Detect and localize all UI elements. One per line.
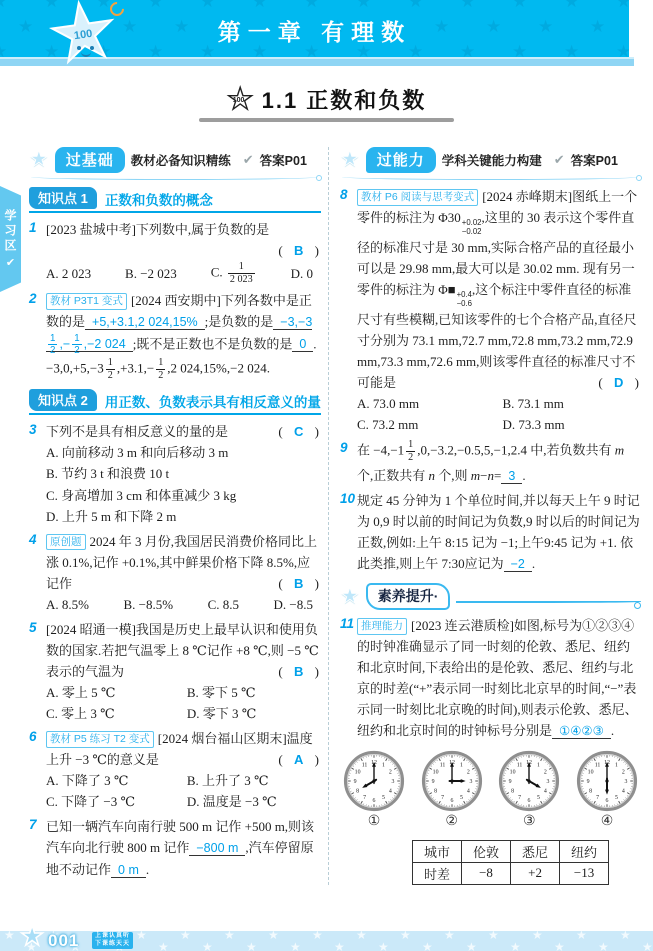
question-number: 10 <box>340 490 357 574</box>
right-column: ★ 过能力 学科关键能力构建 ✔ 答案P01 8 教材 P6 阅读与思考变式[2… <box>328 147 641 885</box>
star-pattern-glyph: ★ <box>510 941 521 951</box>
question-4: 4 原创题2024 年 3 月份,我国居民消费价格同比上涨 0.1%,记作 +0… <box>29 531 321 615</box>
source-tag: 原创题 <box>46 534 86 551</box>
knowledge-point-2: 知识点 2 用正数、负数表示具有相反意义的量 <box>29 389 321 415</box>
source-tag: 推理能力 <box>357 618 407 635</box>
svg-text:5: 5 <box>382 795 385 801</box>
table-row: 时差−8+2−13 <box>413 862 609 884</box>
clock-face: 123456789101112 <box>343 750 405 812</box>
question-text: 教材 P6 阅读与思考变式[2024 赤峰期末]图纸上一个零件的标注为 Φ30+… <box>357 186 641 393</box>
fraction: 12 <box>156 357 165 382</box>
question-text: [2024 昭通一模]我国是历史上最早认识和使用负数的国家.若把气温零上 8 ℃… <box>46 619 321 682</box>
star-pattern-glyph: ★ <box>532 931 543 941</box>
star-pattern-glyph: ★ <box>460 0 475 11</box>
section-title-block: ★100 1.1 正数和负数 <box>0 84 653 122</box>
question-text: 规定 45 分钟为 1 个单位时间,并以每天上午 9 时记为 0,9 时以前的时… <box>357 490 641 574</box>
star-pattern-glyph: ★ <box>356 0 371 11</box>
option: C. 下降了 −3 ℃ <box>46 791 187 812</box>
question-number: 9 <box>340 439 357 486</box>
answer-bracket: ( D ) <box>598 372 641 393</box>
star-pattern-glyph: ★ <box>4 931 15 941</box>
question-text: 教材 P5 练习 T2 变式[2024 烟台福山区期末]温度上升 −3 ℃的意义… <box>46 728 321 770</box>
decorative-line <box>456 601 641 603</box>
star-mascot-icon: ★ <box>340 586 360 608</box>
decorative-line <box>342 174 639 180</box>
star-pattern-glyph: ★ <box>290 941 301 951</box>
knowledge-point-1: 知识点 1 正数和负数的概念 <box>29 187 321 213</box>
clocks-figure: 123456789101112①123456789101112②12345678… <box>342 750 639 830</box>
section-star-icon: ★100 <box>227 85 254 115</box>
svg-text:8: 8 <box>434 788 437 794</box>
literacy-boost-header: ★ 素养提升· <box>340 583 641 610</box>
star-pattern-glyph: ★ <box>246 941 257 951</box>
table-cell: +2 <box>511 862 560 884</box>
option: A. 零上 5 ℃ <box>46 682 187 703</box>
question-options: A. 8.5%B. −8.5%C. 8.5D. −8.5 <box>46 594 321 615</box>
answer-blank: ①④②③ <box>552 724 611 739</box>
svg-text:3: 3 <box>469 779 472 785</box>
table-cell: −13 <box>560 862 609 884</box>
question-text: 教材 P3T1 变式[2024 西安期中]下列各数中是正数的是+5,+3.1,2… <box>46 290 321 357</box>
table-row: 城市伦敦悉尼纽约 <box>413 840 609 862</box>
svg-text:2: 2 <box>544 769 547 775</box>
star-pattern-glyph: ★ <box>304 0 319 11</box>
svg-text:8: 8 <box>356 788 359 794</box>
svg-text:9: 9 <box>431 779 434 785</box>
option: A. 2 023 <box>46 263 91 284</box>
svg-text:10: 10 <box>355 769 361 775</box>
svg-text:2: 2 <box>467 769 470 775</box>
svg-text:11: 11 <box>517 762 523 768</box>
side-tab-check-icon: ✔ <box>6 256 15 269</box>
svg-text:11: 11 <box>595 762 601 768</box>
star-pattern-glyph: ★ <box>0 0 7 11</box>
svg-text:8: 8 <box>589 788 592 794</box>
question-number: 1 <box>29 219 46 286</box>
question-8: 8 教材 P6 阅读与思考变式[2024 赤峰期末]图纸上一个零件的标注为 Φ3… <box>340 186 641 435</box>
question-9: 9 在 −4,−112,0,−3.2,−0.5,5,−1,2.4 中,若负数共有… <box>340 439 641 486</box>
footer-slogan-line1: 上课认真听 <box>95 933 130 941</box>
question-7: 7 已知一辆汽车向南行驶 500 m 记作 +500 m,则该汽车向北行驶 80… <box>29 816 321 880</box>
star-pattern-glyph: ★ <box>356 931 367 941</box>
star-pattern-glyph: ★ <box>136 931 147 941</box>
option: B. 73.1 mm <box>502 393 641 414</box>
option: A. 下降了 3 ℃ <box>46 770 187 791</box>
star-pattern-glyph: ★ <box>200 0 215 11</box>
option: B. 上升了 3 ℃ <box>187 770 321 791</box>
option: C. 身高增加 3 cm 和体重减少 3 kg <box>46 485 321 506</box>
check-icon: ✔ <box>243 153 254 168</box>
svg-text:6: 6 <box>450 797 453 803</box>
question-11: 11 推理能力[2023 连云港质检]如图,标号为①②③④的时钟准确显示了同一时… <box>340 615 641 741</box>
svg-text:1: 1 <box>460 762 463 768</box>
answer-bracket: ( B ) <box>46 240 321 261</box>
answer-blank: 3 <box>501 469 522 484</box>
answer-ref: 答案P01 <box>260 151 307 169</box>
svg-text:4: 4 <box>467 788 470 794</box>
timezone-table: 城市伦敦悉尼纽约时差−8+2−13 <box>412 840 609 885</box>
source-tag: 教材 P6 阅读与思考变式 <box>357 189 478 206</box>
option: C. 零上 3 ℃ <box>46 703 187 724</box>
check-icon: ✔ <box>554 153 565 168</box>
fraction: 12 <box>406 439 415 464</box>
option: A. 向前移动 3 m 和向后移动 3 m <box>46 442 321 463</box>
svg-text:6: 6 <box>606 797 609 803</box>
svg-text:7: 7 <box>363 795 366 801</box>
clock-4: 123456789101112④ <box>575 750 639 830</box>
clock-label: ② <box>420 813 484 830</box>
question-text: 推理能力[2023 连云港质检]如图,标号为①②③④的时钟准确显示了同一时刻的伦… <box>357 615 641 741</box>
star-pattern-glyph: ★ <box>202 941 213 951</box>
svg-text:6: 6 <box>528 797 531 803</box>
option: A. 8.5% <box>46 594 89 615</box>
svg-text:6: 6 <box>373 797 376 803</box>
ability-badge: 过能力 <box>366 147 436 173</box>
star-pattern-glyph: ★ <box>422 941 433 951</box>
star-pattern-glyph: ★ <box>488 931 499 941</box>
table-cell: 城市 <box>413 840 462 862</box>
table-cell: 悉尼 <box>511 840 560 862</box>
question-options: A. 下降了 3 ℃B. 上升了 3 ℃C. 下降了 −3 ℃D. 温度是 −3… <box>46 770 321 812</box>
question-3: 3 下列不是具有相反意义的量的是( C ) A. 向前移动 3 m 和向后移动 … <box>29 421 321 526</box>
fraction: 12 023 <box>228 261 255 286</box>
option: D. 温度是 −3 ℃ <box>187 791 321 812</box>
svg-text:7: 7 <box>441 795 444 801</box>
option: D. −8.5 <box>273 594 312 615</box>
ability-desc: 学科关键能力构建 <box>442 151 542 169</box>
star-pattern-glyph: ★ <box>554 941 565 951</box>
question-text: [2023 盐城中考]下列数中,属于负数的是( B ) <box>46 219 321 261</box>
svg-text:3: 3 <box>547 779 550 785</box>
question-text: 在 −4,−112,0,−3.2,−0.5,5,−1,2.4 中,若负数共有 m… <box>357 439 641 486</box>
svg-text:10: 10 <box>432 769 438 775</box>
star-pattern-glyph: ★ <box>408 0 423 11</box>
decorative-line <box>31 174 319 180</box>
basics-badge: 过基础 <box>55 147 125 173</box>
star-pattern-glyph: ★ <box>148 0 163 11</box>
literacy-boost-badge: 素养提升· <box>366 583 451 610</box>
star-pattern-glyph: ★ <box>642 941 653 951</box>
star-pattern-glyph: ★ <box>224 931 235 941</box>
answer-bracket: ( B ) <box>278 661 321 682</box>
footer-slogan-line2: 下课练天天 <box>95 941 130 949</box>
basics-desc: 教材必备知识精练 <box>131 151 231 169</box>
star-pattern-glyph: ★ <box>334 941 345 951</box>
answer-blank: 0 <box>292 337 313 352</box>
clock-label: ④ <box>575 813 639 830</box>
table-cell: 纽约 <box>560 840 609 862</box>
option: D. 零下 3 ℃ <box>187 703 321 724</box>
option: C. 73.2 mm <box>357 414 502 435</box>
kp1-badge: 知识点 1 <box>29 187 97 209</box>
question-number: 2 <box>29 290 46 382</box>
section-underline <box>199 118 454 122</box>
svg-text:4: 4 <box>544 788 547 794</box>
star-pattern-glyph: ★ <box>252 0 267 11</box>
svg-text:1: 1 <box>615 762 618 768</box>
svg-text:10: 10 <box>510 769 516 775</box>
question-text: 已知一辆汽车向南行驶 500 m 记作 +500 m,则该汽车向北行驶 800 … <box>46 816 321 880</box>
side-tab-learning-zone: 学习区 ✔ <box>0 186 21 292</box>
question-options: A. 零上 5 ℃B. 零下 5 ℃C. 零上 3 ℃D. 零下 3 ℃ <box>46 682 321 724</box>
table-cell: −8 <box>462 862 511 884</box>
option: D. 0 <box>291 263 313 284</box>
star-pattern-glyph: ★ <box>598 941 609 951</box>
svg-text:4: 4 <box>389 788 392 794</box>
option: D. 上升 5 m 和下降 2 m <box>46 506 321 527</box>
footer-star-mascot-icon: ★ <box>20 923 44 950</box>
star-pattern-glyph: ★ <box>444 931 455 941</box>
answer-ref: 答案P01 <box>571 151 618 169</box>
footer-slogan: 上课认真听 下课练天天 <box>92 932 133 949</box>
left-column: ★ 过基础 教材必备知识精练 ✔ 答案P01 知识点 1 正数和负数的概念 1 … <box>29 147 328 885</box>
star-pattern-glyph: ★ <box>620 931 631 941</box>
svg-text:7: 7 <box>518 795 521 801</box>
question-1: 1 [2023 盐城中考]下列数中,属于负数的是( B ) A. 2 023B.… <box>29 219 321 286</box>
svg-text:1: 1 <box>537 762 540 768</box>
star-pattern-glyph: ★ <box>180 931 191 941</box>
svg-text:11: 11 <box>362 762 368 768</box>
footer-page-number: 001 <box>48 931 79 951</box>
answer-blank: +5,+3.1,2 024,15% <box>85 315 205 330</box>
star-pattern-glyph: ★ <box>378 941 389 951</box>
clock-label: ① <box>342 813 406 830</box>
source-tag: 教材 P3T1 变式 <box>46 293 127 310</box>
question-number: 5 <box>29 619 46 724</box>
clock-1: 123456789101112① <box>342 750 406 830</box>
answer-blank: −2 <box>504 557 532 572</box>
svg-text:9: 9 <box>354 779 357 785</box>
mascot-100-label: 100 <box>73 28 93 42</box>
answer-bracket: ( C ) <box>278 421 321 442</box>
star-pattern-glyph: ★ <box>576 931 587 941</box>
svg-text:4: 4 <box>622 788 625 794</box>
star-pattern-glyph: ★ <box>564 0 579 11</box>
question-number: 8 <box>340 186 357 435</box>
svg-text:5: 5 <box>537 795 540 801</box>
clock-label: ③ <box>497 813 561 830</box>
answer-bracket: ( A ) <box>278 749 321 770</box>
svg-text:3: 3 <box>624 779 627 785</box>
question-options: A. 73.0 mmB. 73.1 mmC. 73.2 mmD. 73.3 mm <box>357 393 641 435</box>
kp2-badge: 知识点 2 <box>29 389 97 411</box>
option: C. 12 023 <box>211 261 257 286</box>
content-columns: ★ 过基础 教材必备知识精练 ✔ 答案P01 知识点 1 正数和负数的概念 1 … <box>29 147 641 885</box>
question-2: 2 教材 P3T1 变式[2024 西安期中]下列各数中是正数的是+5,+3.1… <box>29 290 321 382</box>
svg-text:8: 8 <box>511 788 514 794</box>
svg-text:11: 11 <box>439 762 445 768</box>
star-pattern-glyph: ★ <box>400 931 411 941</box>
section-title: 1.1 正数和负数 <box>262 84 427 115</box>
clock-2: 123456789101112② <box>420 750 484 830</box>
star-mascot: ★ 100 <box>48 2 126 82</box>
table-cell: 时差 <box>413 862 462 884</box>
fraction: 12 <box>48 333 57 357</box>
question-text: 下列不是具有相反意义的量的是( C ) <box>46 421 321 442</box>
star-pattern-glyph: ★ <box>158 941 169 951</box>
option: B. 零下 5 ℃ <box>187 682 321 703</box>
option: A. 73.0 mm <box>357 393 502 414</box>
svg-text:5: 5 <box>460 795 463 801</box>
clock-face: 123456789101112 <box>421 750 483 812</box>
svg-text:3: 3 <box>391 779 394 785</box>
basics-header: ★ 过基础 教材必备知识精练 ✔ 答案P01 <box>29 147 321 173</box>
option: B. 节约 3 t 和浪费 10 t <box>46 463 321 484</box>
svg-text:1: 1 <box>382 762 385 768</box>
option: C. 8.5 <box>208 594 239 615</box>
svg-text:2: 2 <box>389 769 392 775</box>
answer-bracket: ( B ) <box>278 573 321 594</box>
clock-3: 123456789101112③ <box>497 750 561 830</box>
question-10: 10 规定 45 分钟为 1 个单位时间,并以每天上午 9 时记为 0,9 时以… <box>340 490 641 574</box>
question-text: 原创题2024 年 3 月份,我国居民消费价格同比上涨 0.1%,记作 +0.1… <box>46 531 321 594</box>
svg-text:9: 9 <box>509 779 512 785</box>
fraction: 12 <box>72 333 81 357</box>
star-pattern-glyph: ★ <box>312 931 323 941</box>
question-5: 5 [2024 昭通一模]我国是历史上最早认识和使用负数的国家.若把气温零上 8… <box>29 619 321 724</box>
source-tag: 教材 P5 练习 T2 变式 <box>46 731 154 748</box>
svg-text:7: 7 <box>596 795 599 801</box>
tolerance-notation: +0.02−0.02 <box>462 219 482 237</box>
kp2-title: 用正数、负数表示具有相反意义的量 <box>105 391 321 411</box>
side-tab-label: 学习区 <box>2 209 19 254</box>
svg-text:10: 10 <box>588 769 594 775</box>
option: B. −2 023 <box>125 263 177 284</box>
star-pattern-glyph: ★ <box>616 0 629 11</box>
answer-blank: 0 m <box>111 863 146 878</box>
clock-face: 123456789101112 <box>498 750 560 812</box>
question-number: 3 <box>29 421 46 526</box>
question-6: 6 教材 P5 练习 T2 变式[2024 烟台福山区期末]温度上升 −3 ℃的… <box>29 728 321 812</box>
svg-text:2: 2 <box>622 769 625 775</box>
svg-text:5: 5 <box>615 795 618 801</box>
kp1-title: 正数和负数的概念 <box>105 189 213 209</box>
option: B. −8.5% <box>123 594 173 615</box>
star-pattern-glyph: ★ <box>268 931 279 941</box>
answer-blank: −800 m <box>189 841 245 856</box>
question-number: 6 <box>29 728 46 812</box>
star-pattern-glyph: ★ <box>466 941 477 951</box>
star-pattern-glyph: ★ <box>512 0 527 11</box>
option: D. 73.3 mm <box>502 414 641 435</box>
fraction: 12 <box>106 357 115 382</box>
ability-header: ★ 过能力 学科关键能力构建 ✔ 答案P01 <box>340 147 641 173</box>
question-number-list: −3,0,+5,−312,+3.1,−12,2 024,15%,−2 024. <box>46 357 321 382</box>
tolerance-notation: +0.4−0.6 <box>457 291 472 309</box>
question-number: 4 <box>29 531 46 615</box>
clock-face: 123456789101112 <box>576 750 638 812</box>
question-options: A. 向前移动 3 m 和向后移动 3 mB. 节约 3 t 和浪费 10 tC… <box>46 442 321 526</box>
table-cell: 伦敦 <box>462 840 511 862</box>
question-number: 11 <box>340 615 357 741</box>
star-mascot-icon: ★ <box>340 149 360 171</box>
svg-text:9: 9 <box>587 779 590 785</box>
star-mascot-icon: ★ <box>29 149 49 171</box>
question-options: A. 2 023B. −2 023C. 12 023D. 0 <box>46 261 321 286</box>
question-number: 7 <box>29 816 46 880</box>
